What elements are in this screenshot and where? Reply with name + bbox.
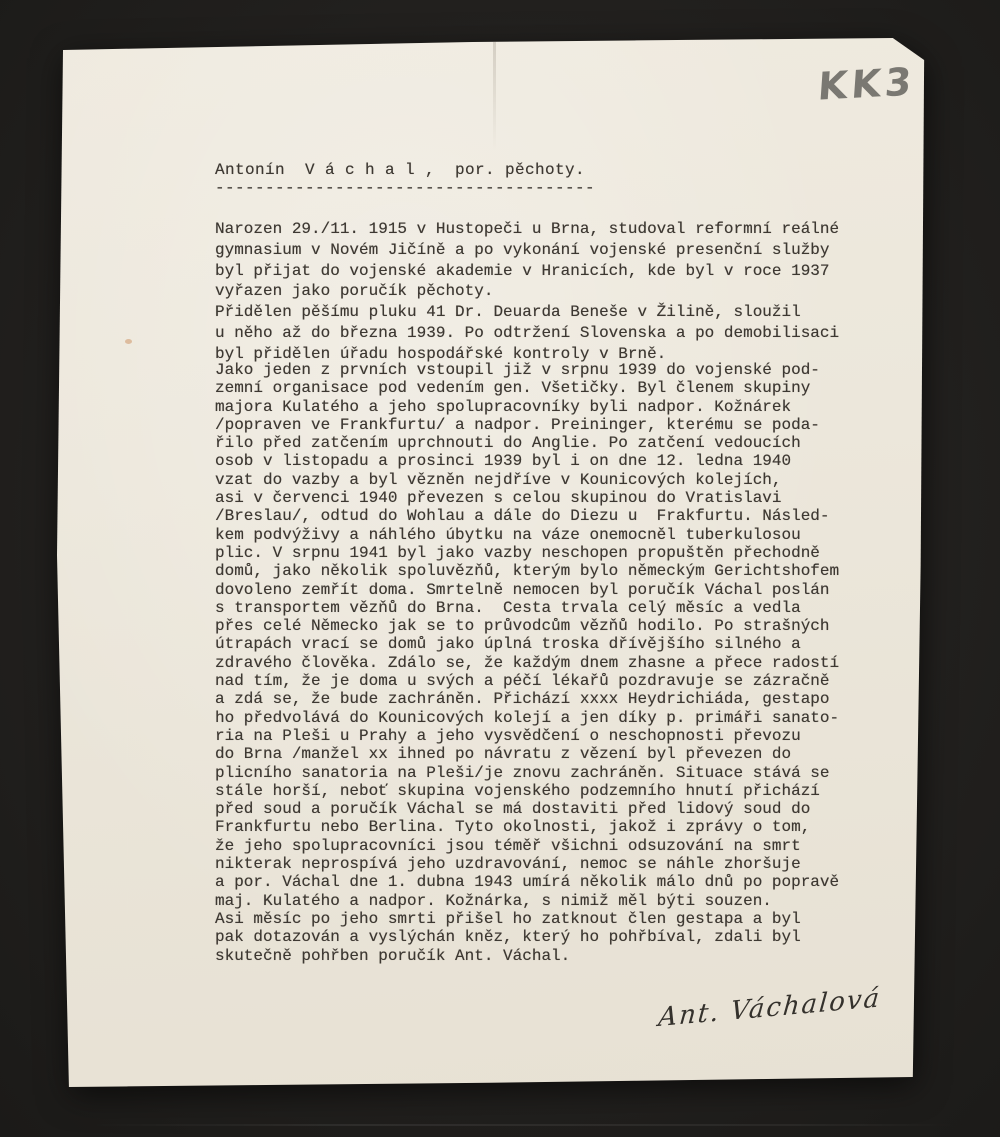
typed-line: útrapách vrací se domů jako úplná troska…: [215, 635, 839, 653]
typewritten-page: Antonín V á c h a l , por. pěchoty. ----…: [55, 36, 925, 1087]
typed-line: skutečně pohřben poručík Ant. Váchal.: [215, 947, 839, 965]
paper-stain: [125, 339, 132, 344]
typed-line: Frankfurtu nebo Berlina. Tyto okolnosti,…: [215, 818, 839, 836]
typed-line: zemní organisace pod vedením gen. Všetič…: [215, 379, 839, 397]
typed-line: plicního sanatoria na Pleši/je znovu zac…: [215, 764, 839, 782]
typed-line: kem podvýživy a náhlého úbytku na váze o…: [215, 526, 839, 544]
typed-line: s transportem vězňů do Brna. Cesta trval…: [215, 599, 839, 617]
typed-line: vzat do vazby a byl vězněn nejdříve v Ko…: [215, 471, 839, 489]
typed-line: ria na Pleši u Prahy a jeho vysvědčení o…: [215, 727, 839, 745]
archival-mark: KK3: [817, 59, 917, 108]
mat-board-edge: [90, 1124, 970, 1126]
photograph-background: Antonín V á c h a l , por. pěchoty. ----…: [0, 0, 1000, 1137]
typed-line: a zdá se, že bude zachráněn. Přichází xx…: [215, 690, 839, 708]
typed-line: majora Kulatého a jeho spolupracovníky b…: [215, 398, 839, 416]
paragraph-resistance-and-death: Jako jeden z prvních vstoupil již v srpn…: [215, 361, 839, 965]
typed-line: asi v červenci 1940 převezen s celou sku…: [215, 489, 839, 507]
title-underline: --------------------------------------: [215, 179, 595, 197]
typed-line: /Breslau/, odtud do Wohlau a dále do Die…: [215, 507, 839, 525]
typed-line: Přidělen pěšímu pluku 41 Dr. Deuarda Ben…: [215, 302, 839, 323]
typed-line: přes celé Německo jak se to průvodcům vě…: [215, 617, 839, 635]
typed-line: a por. Váchal dne 1. dubna 1943 umírá ně…: [215, 873, 839, 891]
paper-crease: [493, 36, 496, 151]
typed-line: nad tím, že je doma u svých a péčí lékař…: [215, 672, 839, 690]
typed-line: byl přijat do vojenské akademie v Hranic…: [215, 261, 839, 282]
typed-line: vyřazen jako poručík pěchoty.: [215, 281, 839, 302]
typed-line: Jako jeden z prvních vstoupil již v srpn…: [215, 361, 839, 379]
typed-line: u něho až do března 1939. Po odtržení Sl…: [215, 323, 839, 344]
typed-line: že jeho spolupracovníci jsou téměř všich…: [215, 837, 839, 855]
typed-line: domů, jako několik spoluvězňů, kterým by…: [215, 562, 839, 580]
typed-line: maj. Kulatého a nadpor. Kožnárka, s nimi…: [215, 892, 839, 910]
document-title: Antonín V á c h a l , por. pěchoty.: [215, 161, 585, 179]
typed-line: pak dotazován a vyslýchán kněz, který ho…: [215, 928, 839, 946]
typed-line: Narozen 29./11. 1915 v Hustopeči u Brna,…: [215, 219, 839, 240]
paragraph-biography: Narozen 29./11. 1915 v Hustopeči u Brna,…: [215, 219, 839, 365]
typed-line: ho předvolává do Kounicových kolejí a je…: [215, 709, 839, 727]
typed-line: gymnasium v Novém Jičíně a po vykonání v…: [215, 240, 839, 261]
typed-line: osob v listopadu a prosinci 1939 byl i o…: [215, 452, 839, 470]
typed-line: dovoleno zemřít doma. Smrtelně nemocen b…: [215, 581, 839, 599]
typed-line: před soud a poručík Váchal se má dostavi…: [215, 800, 839, 818]
typed-line: nikterak neprospívá jeho uzdravování, ne…: [215, 855, 839, 873]
typed-line: zdravého člověka. Zdálo se, že každým dn…: [215, 654, 839, 672]
typed-line: /popraven ve Frankfurtu/ a nadpor. Prein…: [215, 416, 839, 434]
typed-line: řilo před zatčením uprchnouti do Anglie.…: [215, 434, 839, 452]
typed-line: do Brna /manžel xx ihned po návratu z vě…: [215, 745, 839, 763]
typed-line: stále horší, neboť skupina vojenského po…: [215, 782, 839, 800]
typed-line: plic. V srpnu 1941 byl jako vazby nescho…: [215, 544, 839, 562]
typed-line: Asi měsíc po jeho smrti přišel ho zatkno…: [215, 910, 839, 928]
